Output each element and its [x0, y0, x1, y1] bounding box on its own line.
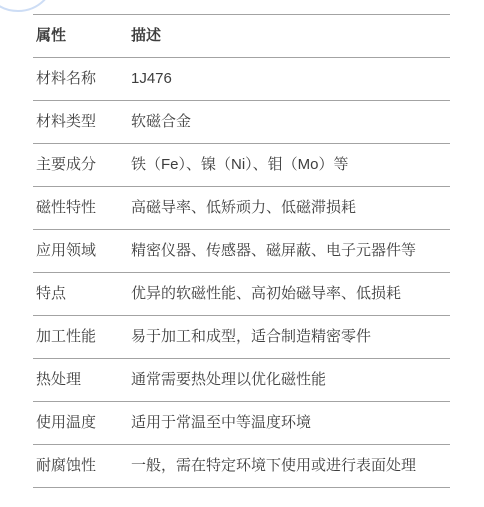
- row-value: 易于加工和成型，适合制造精密零件: [128, 316, 450, 359]
- row-label: 材料名称: [33, 58, 128, 101]
- row-value: 精密仪器、传感器、磁屏蔽、电子元器件等: [128, 230, 450, 273]
- header-description: 描述: [128, 15, 450, 58]
- table-row: 热处理 通常需要热处理以优化磁性能: [33, 359, 450, 402]
- table-row: 主要成分 铁（Fe）、镍（Ni）、钼（Mo）等: [33, 144, 450, 187]
- row-value: 适用于常温至中等温度环境: [128, 402, 450, 445]
- row-label: 应用领域: [33, 230, 128, 273]
- row-label: 材料类型: [33, 101, 128, 144]
- row-value: 优异的软磁性能、高初始磁导率、低损耗: [128, 273, 450, 316]
- table-row: 耐腐蚀性 一般，需在特定环境下使用或进行表面处理: [33, 445, 450, 488]
- table-row: 使用温度 适用于常温至中等温度环境: [33, 402, 450, 445]
- row-label: 耐腐蚀性: [33, 445, 128, 488]
- decorative-corner-arc: [0, 0, 56, 12]
- table-row: 加工性能 易于加工和成型，适合制造精密零件: [33, 316, 450, 359]
- row-label: 使用温度: [33, 402, 128, 445]
- row-value: 通常需要热处理以优化磁性能: [128, 359, 450, 402]
- table-row: 材料名称 1J476: [33, 58, 450, 101]
- row-label: 磁性特性: [33, 187, 128, 230]
- row-label: 加工性能: [33, 316, 128, 359]
- row-label: 热处理: [33, 359, 128, 402]
- table-header-row: 属性 描述: [33, 15, 450, 58]
- table-row: 特点 优异的软磁性能、高初始磁导率、低损耗: [33, 273, 450, 316]
- row-label: 主要成分: [33, 144, 128, 187]
- table-row: 应用领域 精密仪器、传感器、磁屏蔽、电子元器件等: [33, 230, 450, 273]
- table-row: 磁性特性 高磁导率、低矫顽力、低磁滞损耗: [33, 187, 450, 230]
- row-value: 1J476: [128, 58, 450, 101]
- row-value: 高磁导率、低矫顽力、低磁滞损耗: [128, 187, 450, 230]
- row-value: 一般，需在特定环境下使用或进行表面处理: [128, 445, 450, 488]
- row-value: 软磁合金: [128, 101, 450, 144]
- row-label: 特点: [33, 273, 128, 316]
- table-row: 材料类型 软磁合金: [33, 101, 450, 144]
- row-value: 铁（Fe）、镍（Ni）、钼（Mo）等: [128, 144, 450, 187]
- header-attribute: 属性: [33, 15, 128, 58]
- material-properties-table: 属性 描述 材料名称 1J476 材料类型 软磁合金 主要成分 铁（Fe）、镍（…: [33, 14, 450, 488]
